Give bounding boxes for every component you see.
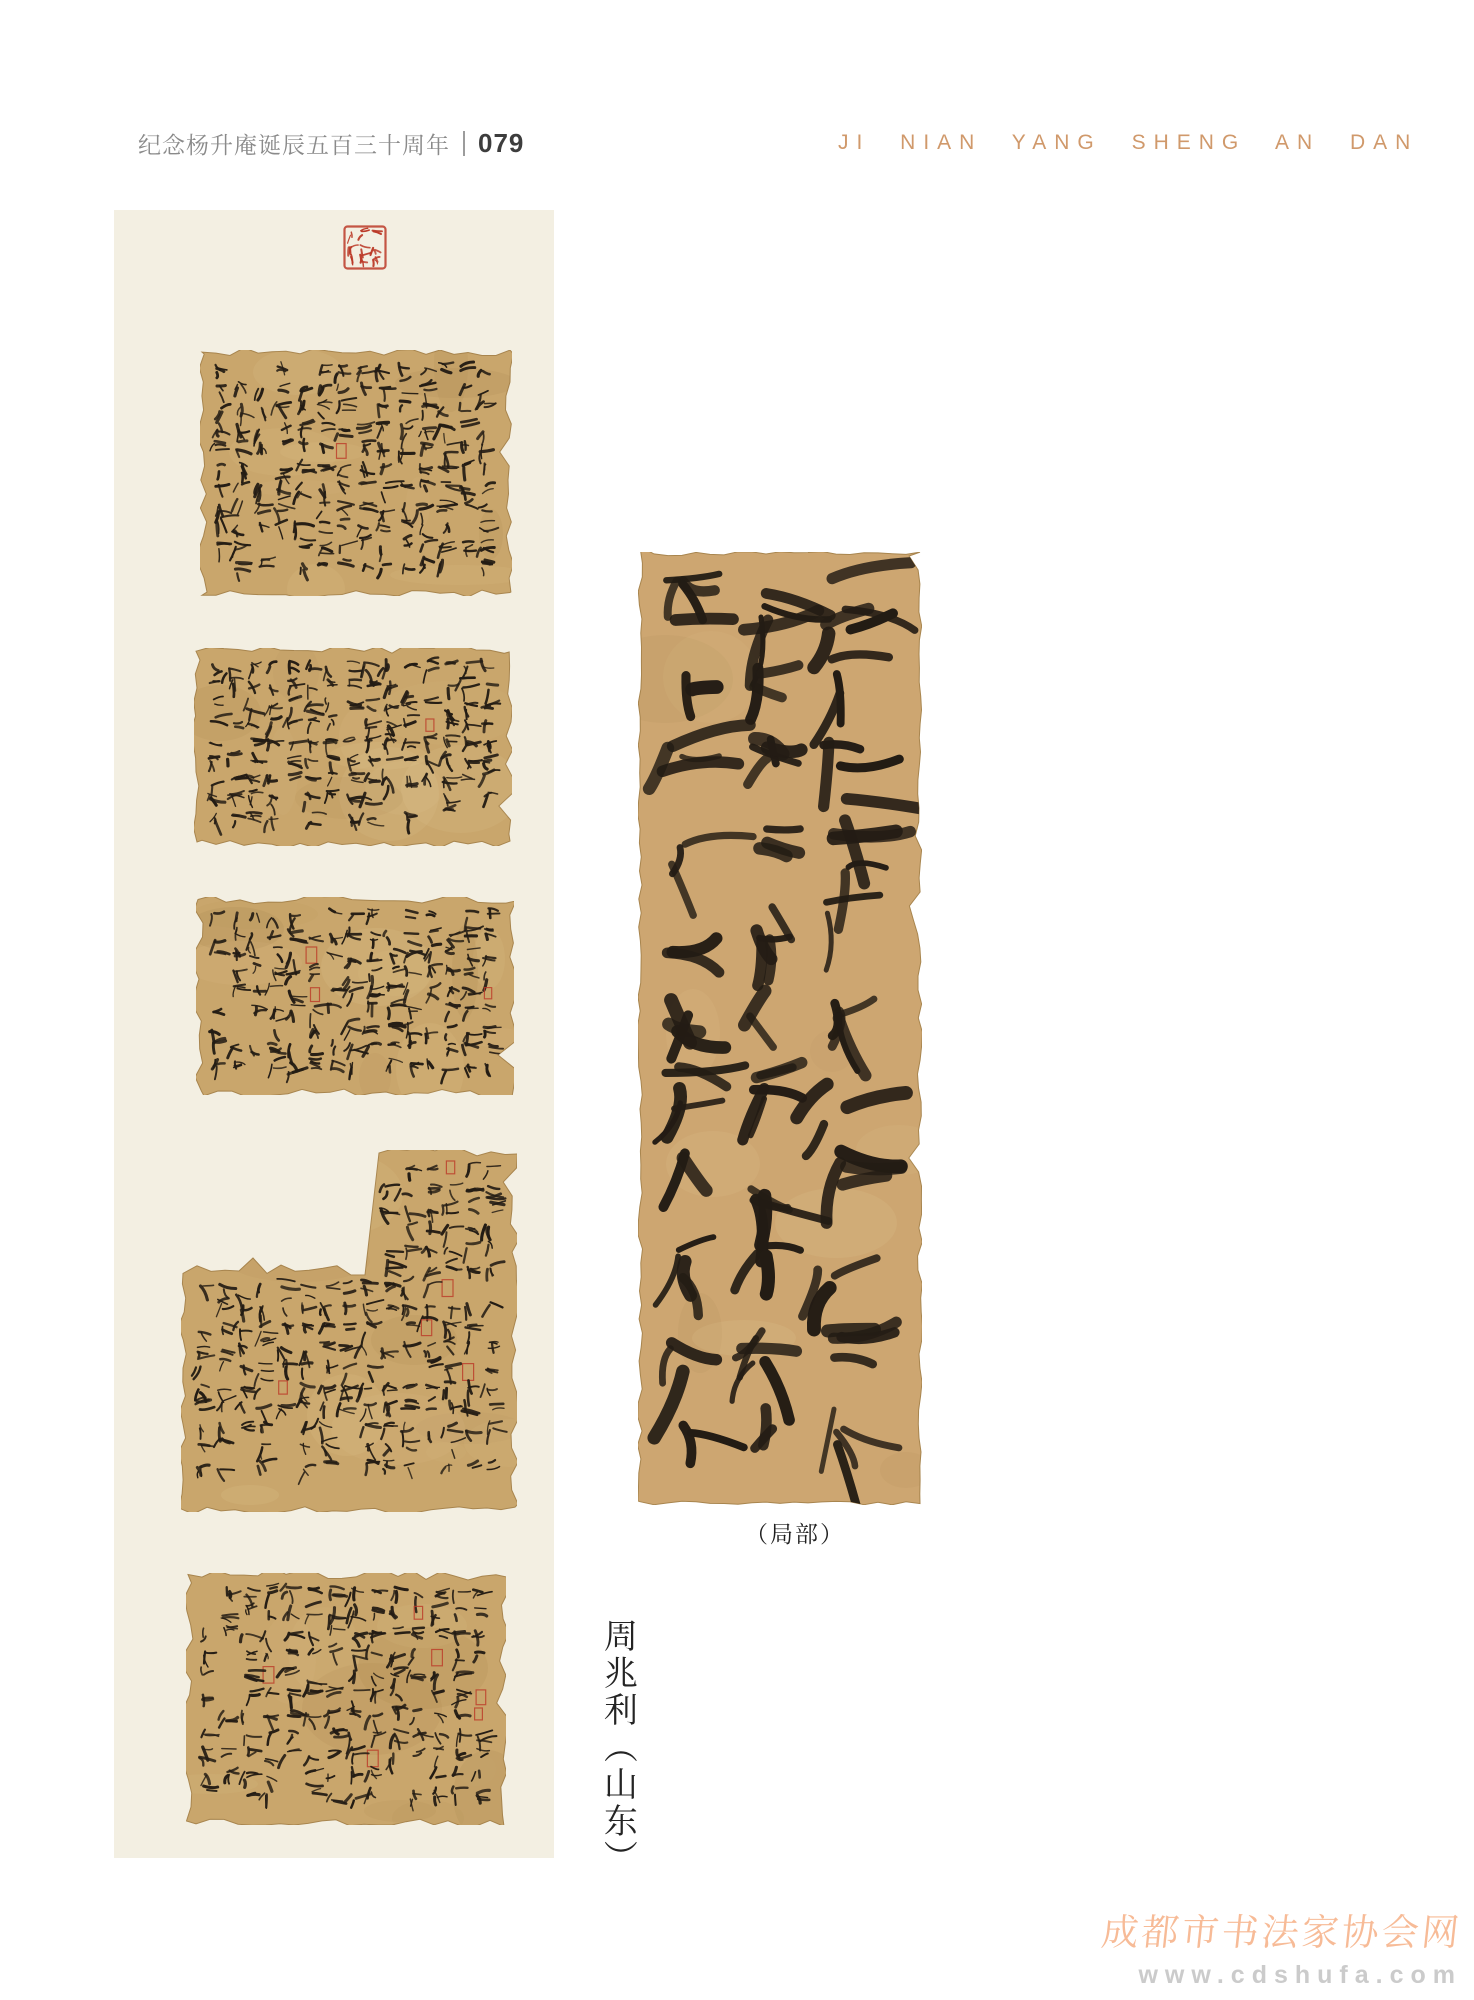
detail-caption: （局部）: [745, 1516, 845, 1549]
header-title: 纪念杨升庵诞辰五百三十周年: [138, 127, 450, 160]
calligraphy-piece-3: [196, 897, 514, 1095]
header-title-pinyin: JI NIAN YANG SHENG AN DAN: [838, 131, 1418, 155]
artist-seal-stamp: [343, 225, 387, 270]
watermark: 成都市书法家协会网 www.cdshufa.com: [1102, 1902, 1462, 1990]
calligraphy-piece-1: [200, 350, 512, 596]
watermark-url: www.cdshufa.com: [1102, 1961, 1462, 1990]
page-number: 079: [478, 128, 524, 159]
calligraphy-piece-5: [186, 1573, 506, 1825]
artist-name-vertical: 周兆利（山东）: [598, 1618, 635, 1877]
calligraphy-detail-enlargement: [638, 552, 922, 1505]
page-header-left: 纪念杨升庵诞辰五百三十周年 079: [138, 128, 524, 158]
calligraphy-piece-4: [181, 1150, 517, 1512]
calligraphy-piece-2: [194, 648, 512, 846]
watermark-association-name: 成都市书法家协会网: [1099, 1902, 1465, 1956]
header-divider: [463, 131, 465, 156]
